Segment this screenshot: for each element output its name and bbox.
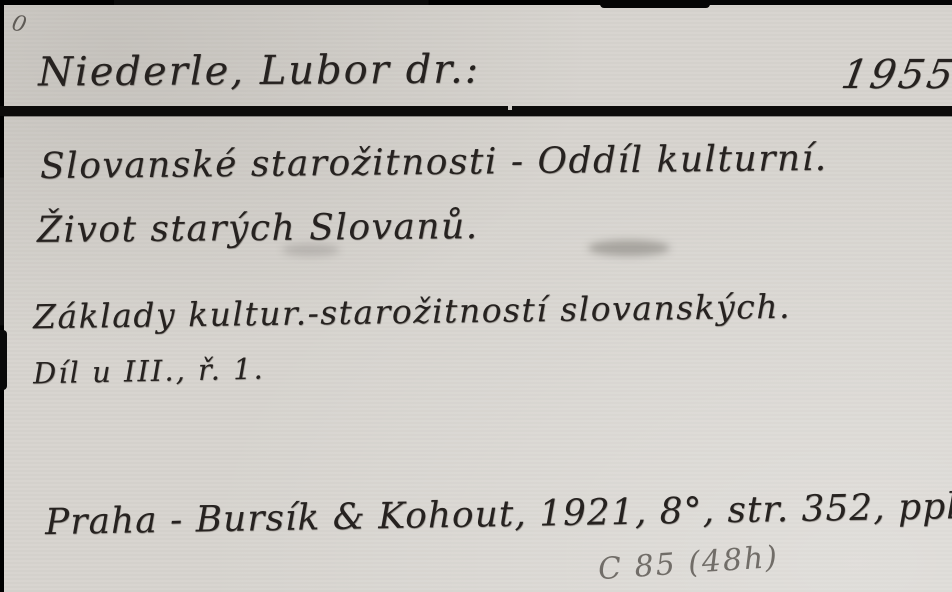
ink-smudge bbox=[282, 244, 340, 256]
title-line: Život starých Slovanů. bbox=[37, 206, 479, 251]
ink-smudge bbox=[588, 240, 670, 256]
shelfmark-pencil-note: C 85 (48h) bbox=[597, 540, 780, 588]
imprint-line: Praha - Bursík & Kohout, 1921, 8°, str. … bbox=[45, 486, 952, 543]
header-rule bbox=[0, 106, 952, 116]
scan-edge-left-bump bbox=[0, 330, 7, 390]
volume-note: Díl u III., ř. 1. bbox=[33, 352, 265, 391]
header-rule-notch bbox=[508, 106, 512, 110]
catalog-card-scan: 0 Niederle, Lubor dr.: 1955 Slovanské st… bbox=[0, 0, 952, 592]
scan-edge-top bbox=[0, 0, 952, 5]
title-line: Slovanské starožitnosti - Oddíl kulturní… bbox=[40, 138, 828, 187]
author-heading: Niederle, Lubor dr.: bbox=[38, 46, 480, 95]
title-line: Základy kultur.-starožitností slovanskýc… bbox=[33, 287, 791, 337]
pencil-corner-mark: 0 bbox=[9, 11, 29, 39]
scan-edge-top-bump bbox=[600, 0, 710, 8]
scan-edge-left bbox=[0, 0, 4, 592]
accession-year: 1955 bbox=[838, 52, 952, 98]
